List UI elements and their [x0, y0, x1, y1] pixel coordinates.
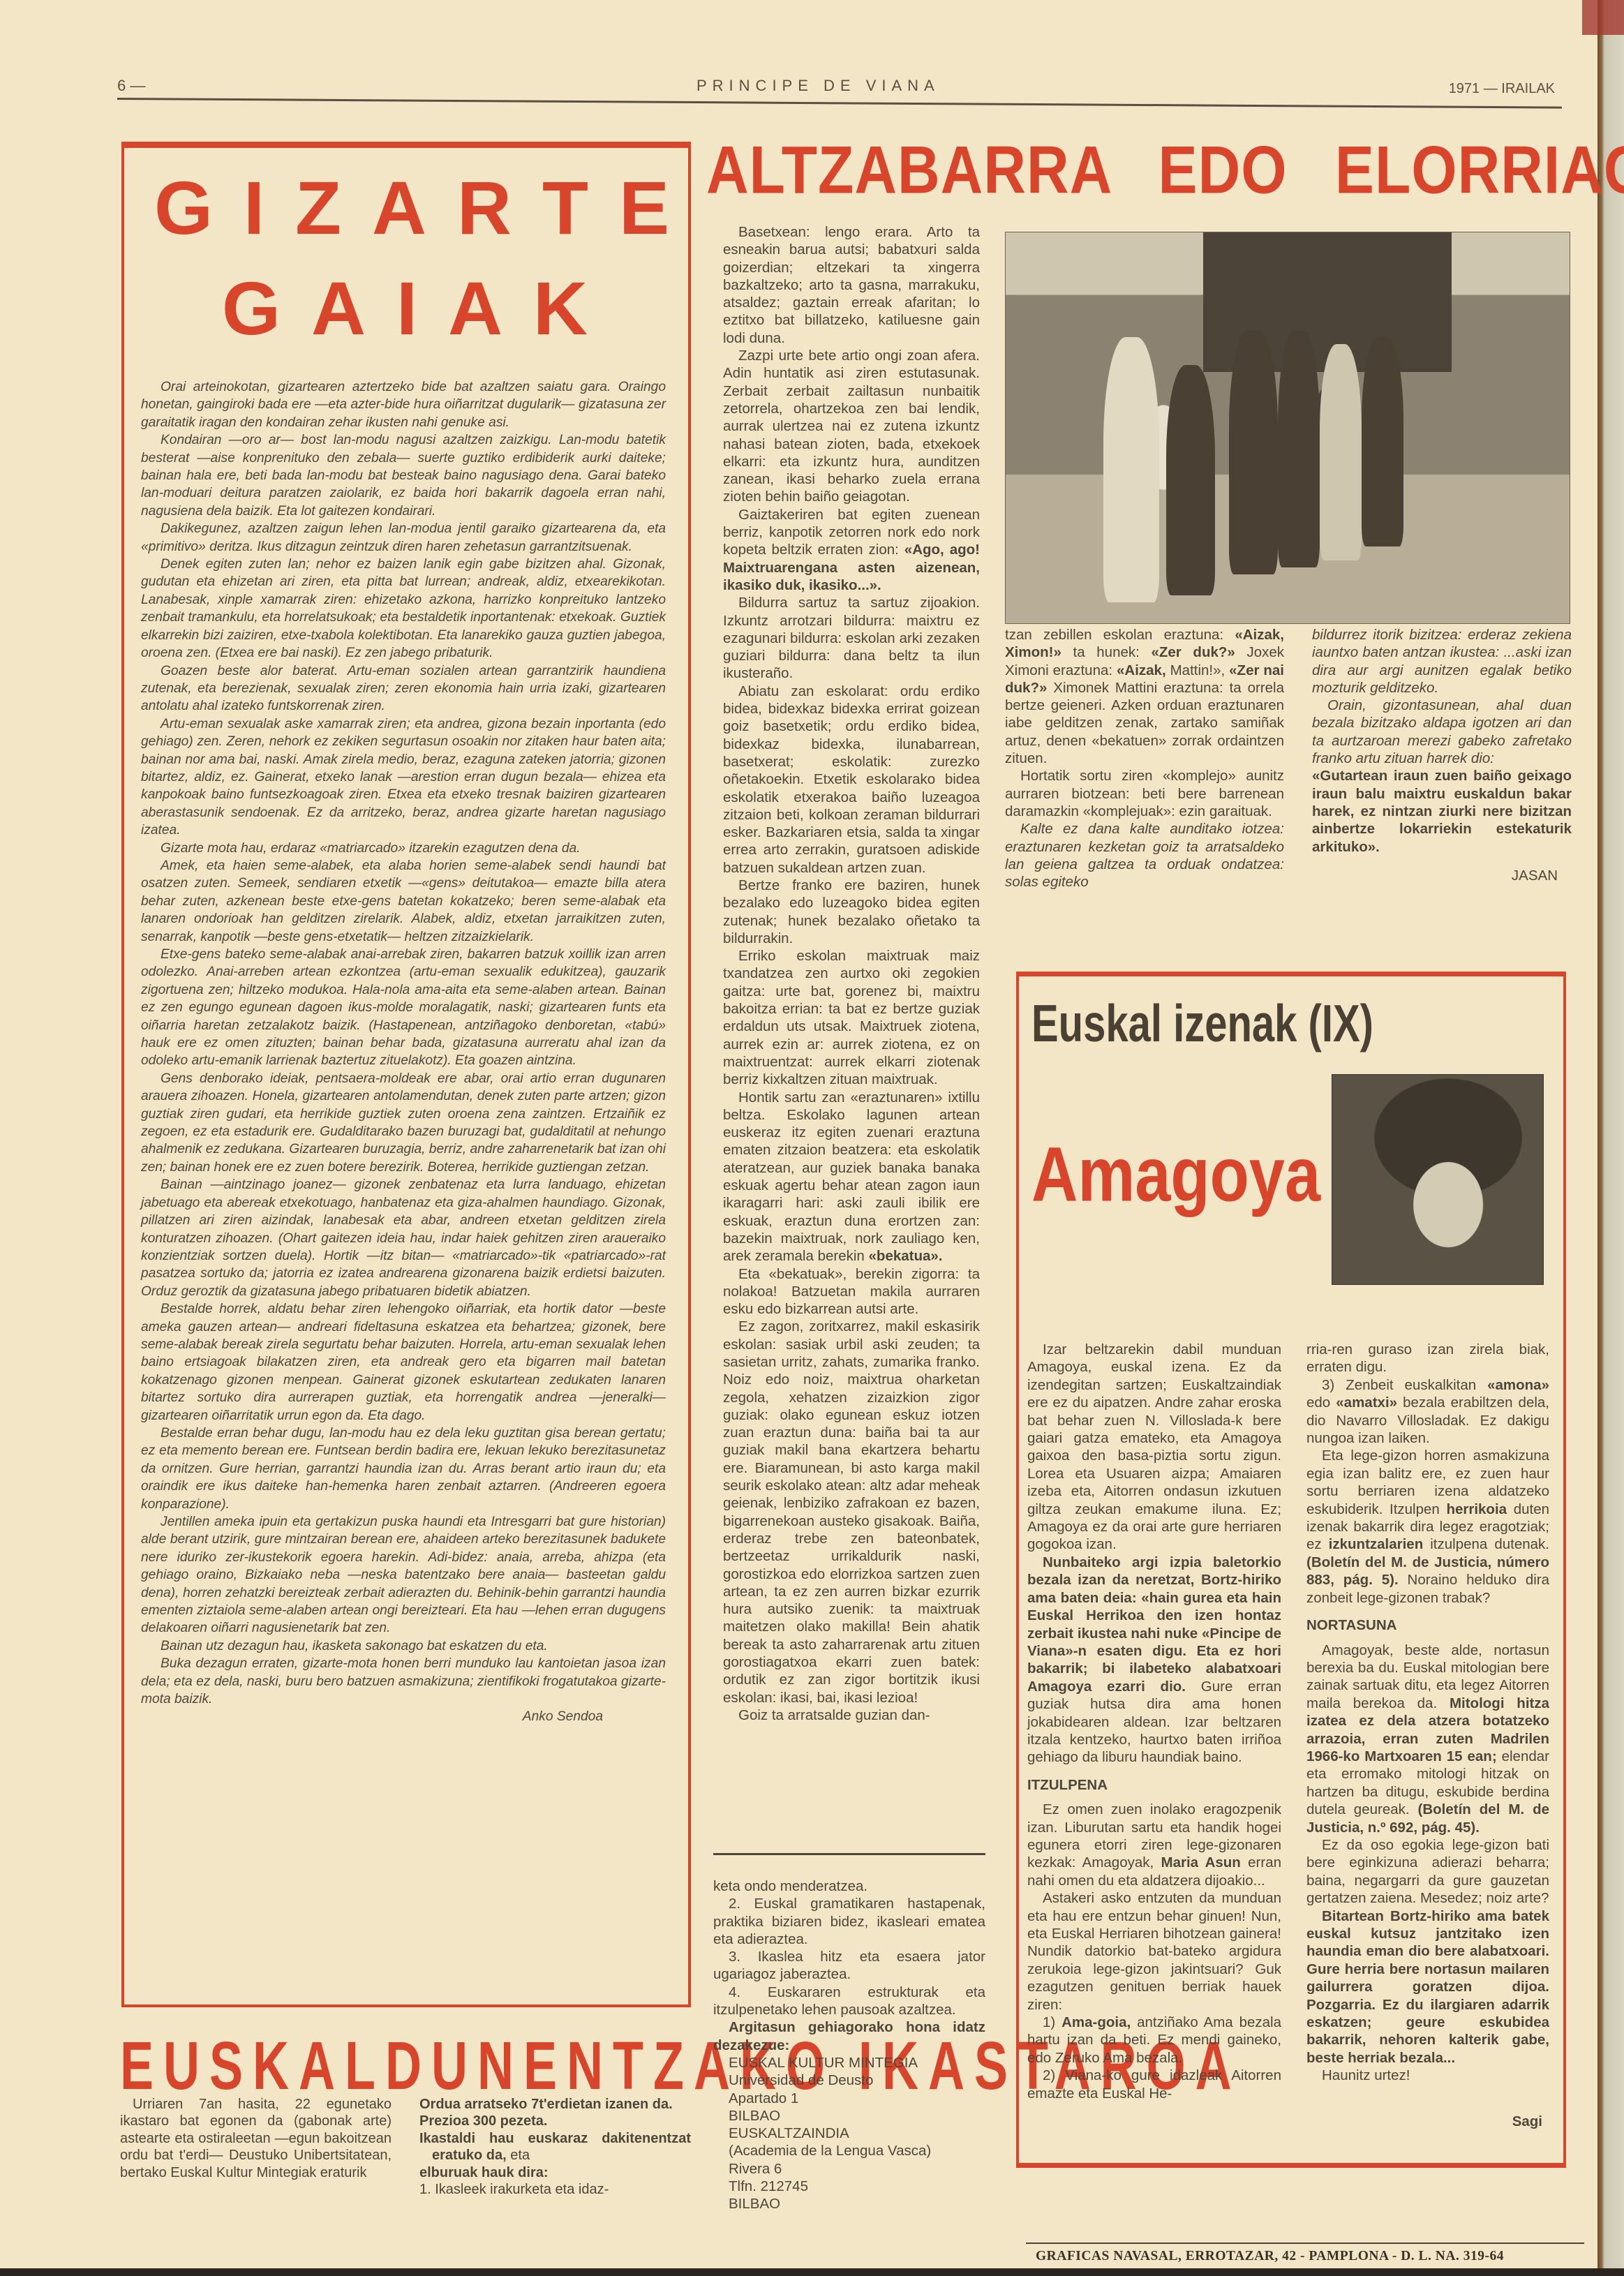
paragraph: Nunbaiteko argi izpia baletorkio bezala …: [1027, 1554, 1281, 1766]
featured-name: Amagoya: [1031, 1131, 1320, 1219]
address-line: EUSKALTZAINDIA: [713, 2125, 985, 2142]
izenak-col1: Izar beltzarekin dabil munduan Amagoya, …: [1027, 1341, 1281, 2102]
paragraph: 3) Zenbeit euskalkitan «amona» edo «amat…: [1306, 1376, 1549, 1448]
text-run: tzan zebillen eskolan eraztuna:: [1005, 627, 1235, 643]
text-bold: izkuntzalarien: [1329, 1536, 1424, 1552]
text-bold: «amona»: [1487, 1377, 1549, 1393]
paragraph: 2) Viana-ko gure idazleak Aitorren emazt…: [1027, 2067, 1281, 2102]
paragraph: Goazen beste alor baterat. Artu-eman soz…: [141, 662, 666, 715]
ikastaroa-title: EUSKALDUNENTZAKO IKASTAROA: [120, 2028, 692, 2105]
series-title: Euskal izenak (IX): [1031, 993, 1373, 1054]
address-line: Tlfn. 212745: [713, 2178, 985, 2195]
audience-line: Ikastaldi hau euskaraz dakitenentzat era…: [419, 2131, 691, 2163]
paragraph: Eta lege-gizon horren asmakizuna egia iz…: [1306, 1447, 1549, 1607]
paragraph: 1) Ama-goia, antziñako Ama bezala hartu …: [1027, 2014, 1281, 2067]
child-portrait-photo: [1332, 1074, 1544, 1285]
paragraph: Hontik sartu zan «eraztunaren» ixtillu b…: [723, 1089, 980, 1265]
paragraph: Orai arteinokotan, gizartearen aztertzek…: [141, 378, 666, 431]
paragraph: Erriko eskolan maixtruak maiz txandatzea…: [723, 947, 980, 1088]
audience-tail: eta: [510, 2148, 530, 2163]
goals-label: elburuak hauk dira:: [419, 2164, 691, 2181]
spine-corner: [1582, 0, 1624, 35]
ikastaroa-col2: Ordua arratseko 7t'erdietan izanen da. P…: [419, 2096, 691, 2198]
paragraph: Kalte ez dana kalte aunditako iotzea: er…: [1005, 820, 1284, 891]
paragraph: Bildurra sartuz ta sartuz zijoakion. Izk…: [723, 594, 980, 682]
paragraph: Bainan utz dezagun hau, ikasketa sakonag…: [141, 1637, 666, 1655]
child-figure: [1278, 330, 1320, 567]
paragraph: Orain, gizontasunean, ahal duan bezala b…: [1312, 697, 1572, 767]
paragraph: keta ondo menderatzea.: [713, 1877, 985, 1895]
paragraph: bildurrez itorik bizitzea: erderaz zekie…: [1312, 626, 1572, 697]
altzabarra-col2: tzan zebillen eskolan eraztuna: «Aizak, …: [1005, 626, 1284, 891]
text-bold: «amatxi»: [1336, 1394, 1397, 1411]
gizarte-gaiak-article: GIZARTE GAIAK Orai arteinokotan, gizarte…: [121, 142, 691, 2007]
child-figure: [1166, 365, 1215, 595]
paragraph: Etxe-gens bateko seme-alabak anai-arreba…: [141, 946, 666, 1070]
header-rule: [117, 98, 1562, 109]
address-line: Apartado 1: [713, 2090, 985, 2107]
altzabarra-col3: bildurrez itorik bizitzea: erderaz zekie…: [1312, 626, 1572, 884]
text-run: Hontik sartu zan «eraztunaren» ixtillu b…: [723, 1089, 980, 1265]
child-figure: [1362, 337, 1403, 546]
address-line: Rivera 6: [713, 2160, 985, 2178]
text-bold: «Zer duk?»: [1151, 644, 1235, 660]
paragraph: Basetxean: lengo erara. Arto ta esneakin…: [723, 223, 980, 347]
paragraph: tzan zebillen eskolan eraztuna: «Aizak, …: [1005, 626, 1284, 767]
paragraph: Bertze franko ere baziren, hunek bezalak…: [723, 877, 980, 947]
address-line: BILBAO: [713, 2107, 985, 2125]
author-signature: Sagi: [1306, 2113, 1549, 2130]
book-spine: [1597, 0, 1624, 2276]
text-run: Ximonek Mattini eraztuna: ta orrela bert…: [1005, 680, 1284, 766]
closing-wish: Haunitz urtez!: [1306, 2067, 1549, 2084]
paragraph: Goiz ta arratsalde guzian dan-: [723, 1706, 980, 1724]
paragraph: Zazpi urte bete artio ongi zoan afera. A…: [723, 347, 980, 506]
article-title-line1: GIZARTE: [124, 170, 709, 246]
paragraph: Gens denborako ideiak, pentsaera-moldeak…: [141, 1070, 666, 1176]
paragraph: Gaiztakeriren bat egiten zuenean berriz,…: [723, 506, 980, 594]
paragraph: Dakikegunez, azaltzen zaigun lehen lan-m…: [141, 520, 666, 556]
paragraph: Urriaren 7an hasita, 22 egunetako ikasta…: [120, 2096, 392, 2181]
footer-rule: [1026, 2242, 1584, 2244]
altzabarra-headline: ALTZABARRA EDO ELORRIAGA OBE?: [706, 131, 1624, 209]
text-bold: «Aizak,: [1117, 662, 1166, 678]
paragraph: Bestalde horrek, aldatu behar ziren lehe…: [141, 1300, 666, 1425]
child-figure: [1103, 337, 1159, 602]
address-line: BILBAO: [713, 2195, 985, 2212]
ikastaroa-col1: Urriaren 7an hasita, 22 egunetako ikasta…: [120, 2096, 392, 2198]
contact-label: Argitasun gehiagorako hona idatz dezakez…: [713, 2018, 985, 2054]
paragraph: Hortatik sortu ziren «komplejo» aunitz a…: [1005, 767, 1284, 820]
euskal-izenak-article: Euskal izenak (IX) Amagoya Izar beltzare…: [1016, 972, 1566, 2168]
text-bold: Ama-goia,: [1061, 2014, 1131, 2030]
section-divider: [713, 1853, 985, 1855]
paragraph: Izar beltzarekin dabil munduan Amagoya, …: [1027, 1341, 1281, 1554]
paragraph: Ez zagon, zoritxarrez, makil eskasirik e…: [723, 1318, 980, 1706]
text-bold: Nunbaiteko argi izpia baletorkio bezala …: [1027, 1554, 1281, 1695]
paragraph: Bestalde erran behar dugu, lan-modu hau …: [141, 1425, 666, 1513]
page-header: 6 — PRINCIPE DE VIANA 1971 — IRAILAK: [117, 77, 1562, 98]
paragraph: Kondairan —oro ar— bost lan-modu nagusi …: [141, 431, 666, 520]
address-line: Universidad de Deusto: [713, 2072, 985, 2089]
section-heading: NORTASUNA: [1306, 1616, 1549, 1634]
text-run: ta hunek:: [1061, 644, 1152, 660]
paragraph: Artu-eman sexualak aske xamarrak ziren; …: [141, 715, 666, 840]
closing-quote: «Gutartean iraun zuen baiño geixago irau…: [1312, 767, 1572, 855]
page-number: 6 —: [117, 77, 145, 95]
page-edge: [0, 2268, 1624, 2276]
price-line: Prezioa 300 pezeta.: [419, 2113, 691, 2129]
author-signature: Anko Sendoa: [141, 1708, 666, 1725]
article-title-line2: GAIAK: [124, 271, 702, 346]
goal-item: 4. Euskararen estrukturak eta itzulpenet…: [713, 1984, 985, 2019]
paragraph: Amek, eta haien seme-alabek, eta alaba h…: [141, 857, 666, 946]
printer-imprint: GRAFICAS NAVASAL, ERROTAZAR, 42 - PAMPLO…: [1036, 2249, 1504, 2264]
child-figure: [1229, 330, 1278, 574]
schedule-line: Ordua arratseko 7t'erdietan izanen da.: [419, 2096, 691, 2113]
ikastaroa-continued: keta ondo menderatzea. 2. Euskal gramati…: [713, 1877, 985, 2213]
paragraph: Gizarte mota hau, erdaraz «matriarcado» …: [141, 840, 666, 857]
text-run: 1): [1043, 2014, 1061, 2030]
schoolchildren-photo: [1005, 232, 1570, 624]
paragraph: Eta «bekatuak», berekin zigorra: ta nola…: [723, 1265, 980, 1318]
article-body: Orai arteinokotan, gizartearen aztertzek…: [141, 378, 666, 1726]
goal-item: 1. Ikasleek irakurketa eta idaz-: [419, 2181, 691, 2198]
paragraph: Denek egiten zuten lan; nehor ez baizen …: [141, 556, 666, 662]
ikastaroa-body: Urriaren 7an hasita, 22 egunetako ikasta…: [120, 2096, 691, 2198]
text-run: 3) Zenbeit euskalkitan: [1322, 1377, 1487, 1393]
author-signature: JASAN: [1312, 867, 1572, 884]
paragraph: Astakeri asko entzuten da munduan eta ha…: [1027, 1889, 1281, 2014]
paragraph: Ez omen zuen inolako eragozpenik izan. L…: [1027, 1801, 1281, 1889]
paragraph: Bitartean Bortz-hiriko ama batek euskal …: [1306, 1907, 1549, 2067]
paragraph: Bainan —aintzinago joanez— gizonek zenba…: [141, 1176, 666, 1300]
text-bold: Maria Asun: [1161, 1854, 1241, 1870]
paragraph: Ez da oso egokia lege-gizon bati bere eg…: [1306, 1836, 1549, 1907]
izenak-col2: rria-ren guraso izan zirela biak, errate…: [1306, 1341, 1549, 2130]
address-line: EUSKAL KULTUR MINTEGIA: [713, 2054, 985, 2072]
goal-item: 2. Euskal gramatikaren hastapenak, prakt…: [713, 1895, 985, 1948]
text-bold: «bekatua».: [869, 1248, 943, 1264]
text-bold: herrikoia: [1446, 1501, 1507, 1517]
publication-title: PRINCIPE DE VIANA: [696, 77, 940, 95]
text-run: edo: [1306, 1394, 1336, 1411]
paragraph: Buka dezagun erraten, gizarte-mota honen…: [141, 1655, 666, 1708]
paragraph: Amagoyak, beste alde, nortasun berexia b…: [1306, 1642, 1549, 1836]
child-figure: [1320, 344, 1362, 560]
paragraph: rria-ren guraso izan zirela biak, errate…: [1306, 1341, 1549, 1376]
text-run: itzulpena dutenak.: [1423, 1536, 1549, 1552]
text-run: Mattin!»,: [1166, 662, 1229, 678]
altzabarra-col1: Basetxean: lengo erara. Arto ta esneakin…: [723, 223, 980, 1724]
section-heading: ITZULPENA: [1027, 1776, 1281, 1794]
address-line: (Academia de la Lengua Vasca): [713, 2142, 985, 2159]
goal-item: 3. Ikaslea hitz eta esaera jator ugariag…: [713, 1948, 985, 1984]
issue-date: 1971 — IRAILAK: [1449, 81, 1555, 97]
paragraph: Abiatu zan eskolarat: ordu erdiko bidea,…: [723, 683, 980, 877]
paragraph: Jentillen ameka ipuin eta gertakizun pus…: [141, 1513, 666, 1637]
